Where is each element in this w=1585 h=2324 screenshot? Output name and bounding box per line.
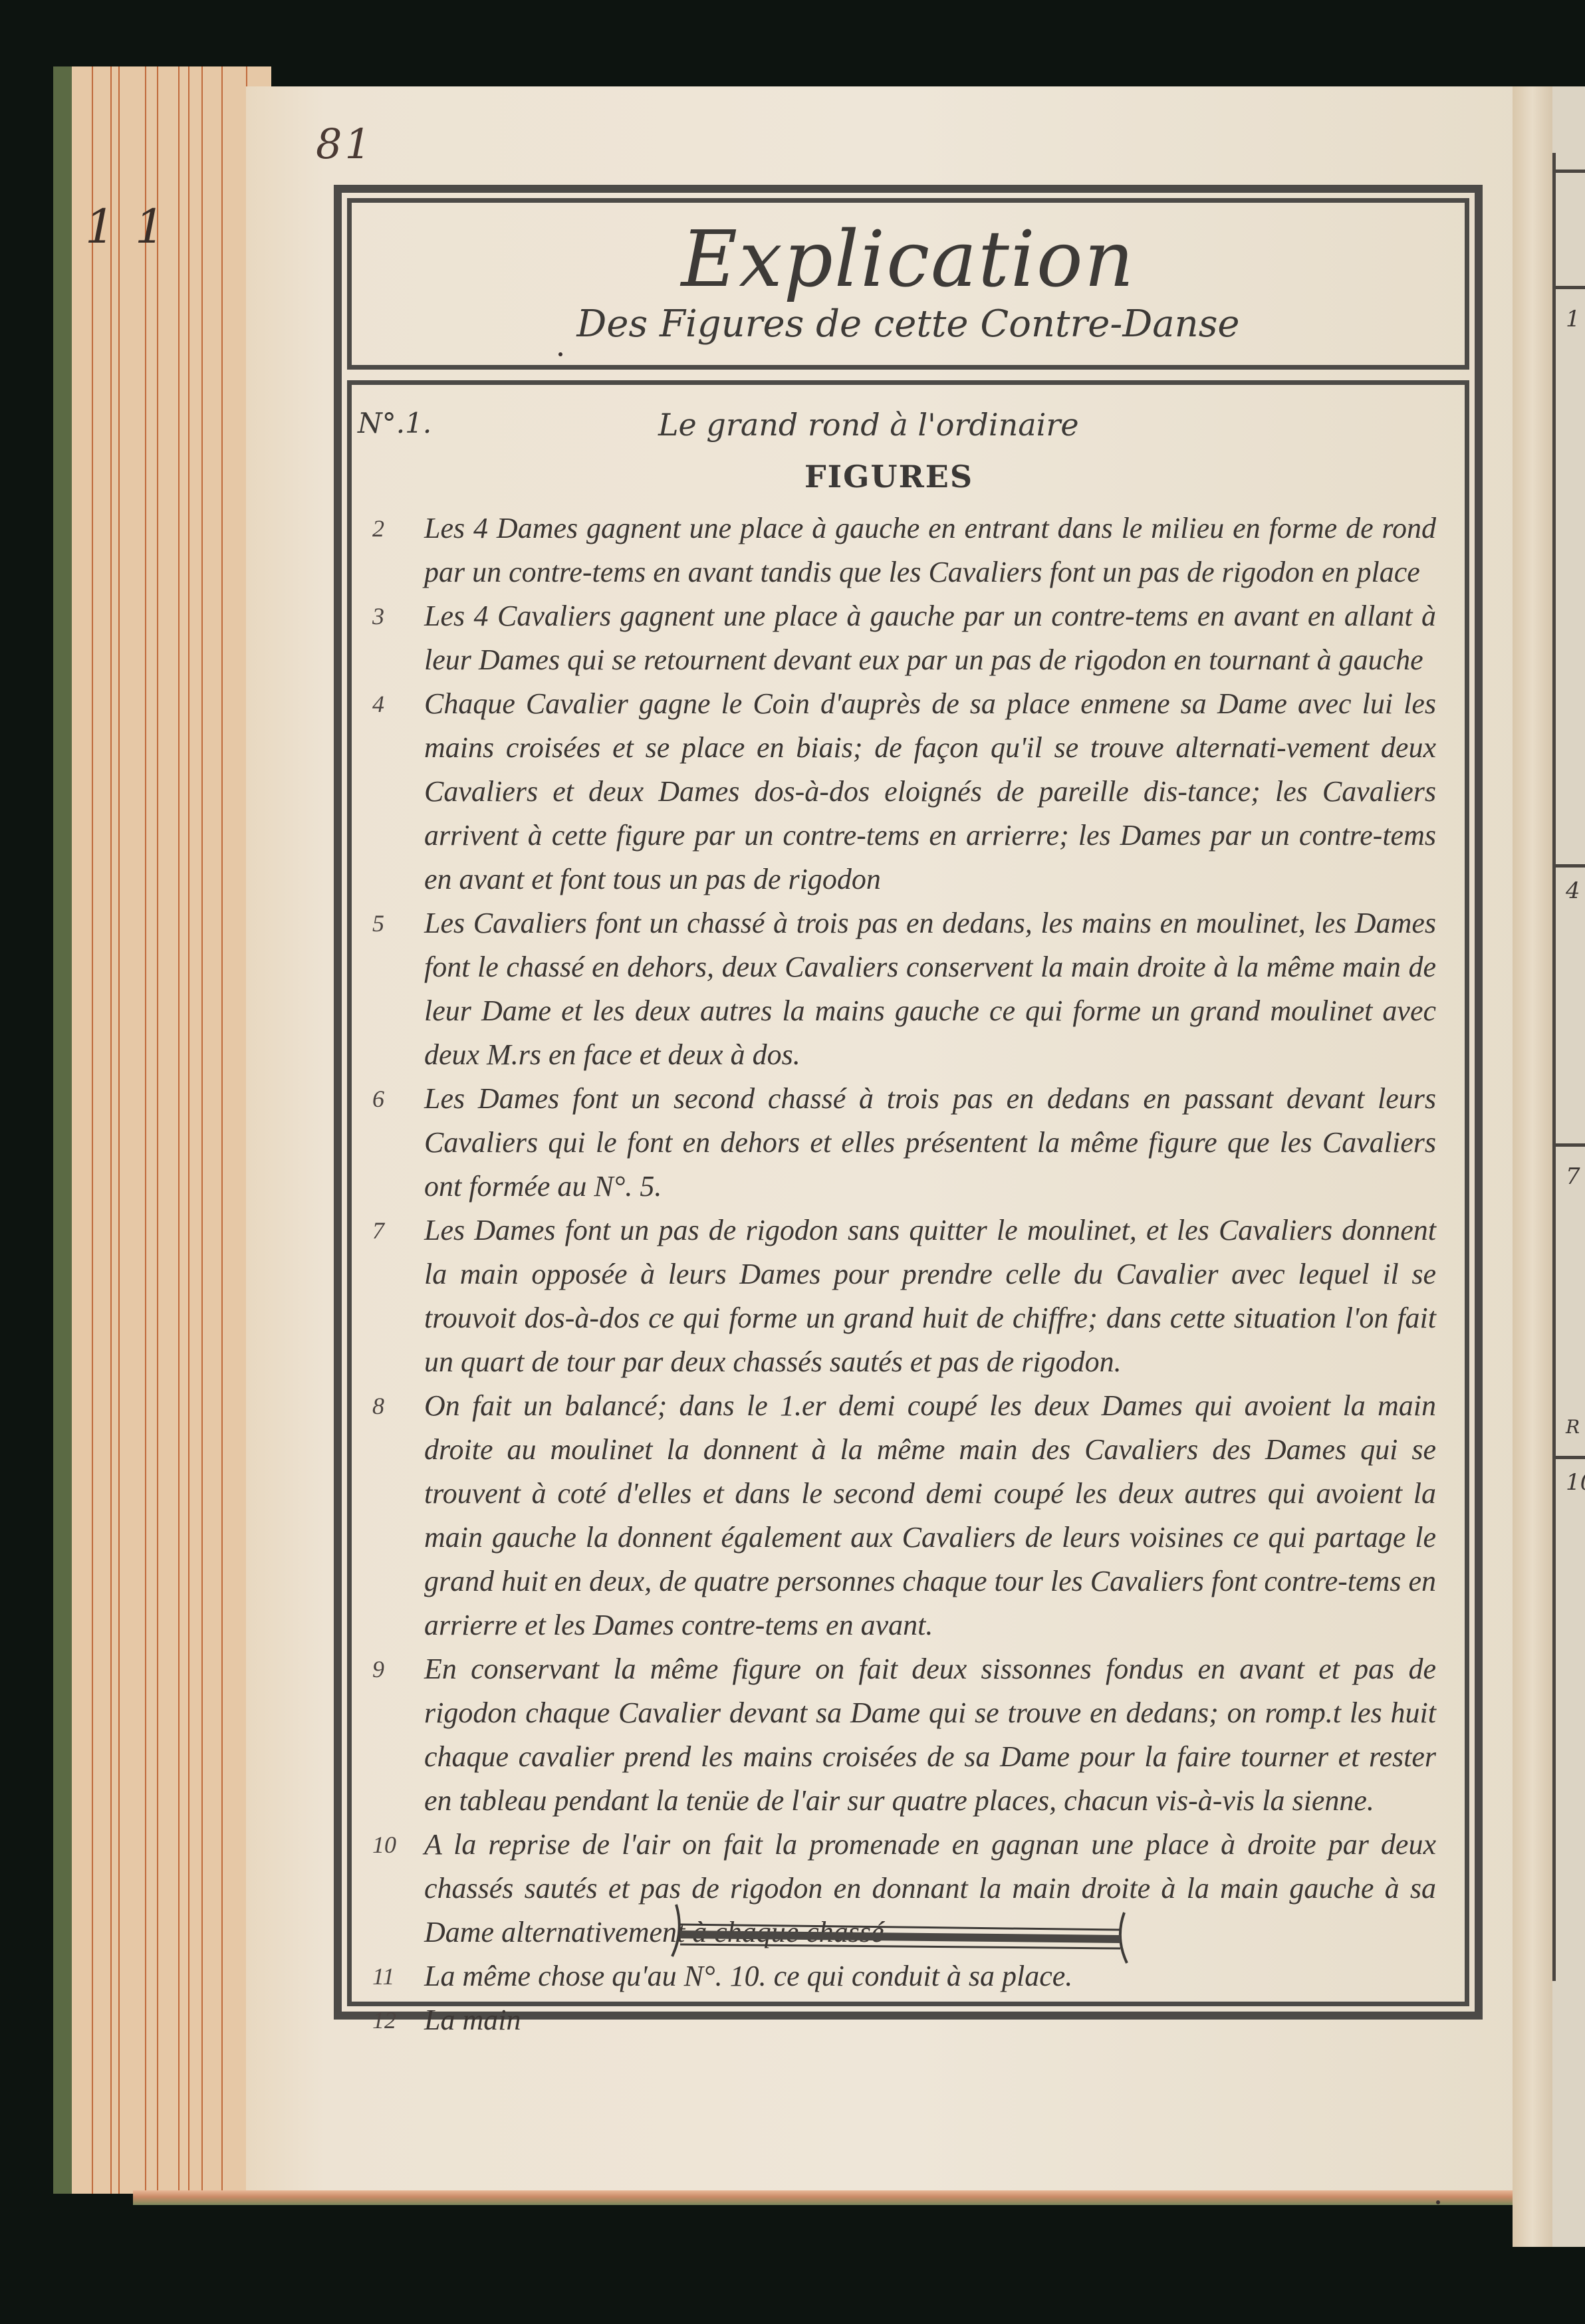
page-edge-line	[118, 66, 120, 2194]
figure-text: Les Cavaliers font un chassé à trois pas…	[424, 901, 1436, 1077]
facing-page-divider	[1555, 286, 1585, 289]
figure-text: Les Dames font un pas de rigodon sans qu…	[424, 1209, 1436, 1384]
page-edge-line	[178, 66, 180, 2194]
figure-item: 7 Les Dames font un pas de rigodon sans …	[372, 1209, 1436, 1384]
book-page-edges: 1 1	[53, 66, 271, 2194]
figures-list: 2 Les 4 Dames gagnent une place à gauche…	[372, 507, 1436, 2042]
page-number: 81	[316, 120, 374, 168]
facing-page-number: 10	[1566, 1469, 1585, 1496]
paper-speck	[1436, 2200, 1440, 2204]
figure-item: 8 On fait un balancé; dans le 1.er demi …	[372, 1384, 1436, 1647]
page-edge-line	[221, 66, 223, 2194]
figure-number: 9	[372, 1647, 412, 1691]
tailpiece-ornament-icon	[668, 1898, 1134, 1964]
figure-number: 6	[372, 1077, 412, 1121]
title-box: Explication Des Figures de cette Contre-…	[347, 198, 1469, 370]
facing-page-number: R	[1566, 1416, 1580, 1438]
figure-text: Les 4 Cavaliers gagnent une place à gauc…	[424, 594, 1436, 682]
figure-item: 3 Les 4 Cavaliers gagnent une place à ga…	[372, 594, 1436, 682]
figure-text: Les 4 Dames gagnent une place à gauche e…	[424, 507, 1436, 594]
figure-number: 8	[372, 1384, 412, 1428]
paper-speck	[558, 352, 562, 356]
figure-text: La main	[424, 1998, 1436, 2042]
page-edge-line	[188, 66, 189, 2194]
page-subtitle: Des Figures de cette Contre-Danse	[352, 302, 1465, 346]
figure-text: On fait un balancé; dans le 1.er demi co…	[424, 1384, 1436, 1647]
leaf-letter: 1	[135, 199, 165, 254]
figures-heading: FIGURES	[804, 459, 973, 495]
figure-number: 12	[372, 1998, 412, 2042]
figure-item: 6 Les Dames font un second chassé à troi…	[372, 1077, 1436, 1209]
page-edge-line	[145, 66, 146, 2194]
page-edge-line	[92, 66, 93, 2194]
leaf-letter: 1	[85, 199, 115, 254]
facing-page-divider	[1555, 170, 1585, 173]
facing-page-number: 7	[1566, 1163, 1580, 1190]
figure-number: 3	[372, 594, 412, 638]
page-edge-line	[110, 66, 112, 2194]
facing-page-number: 4	[1566, 877, 1580, 904]
facing-page-divider	[1555, 864, 1585, 868]
page-title: Explication	[352, 215, 1465, 304]
figure-item: 5 Les Cavaliers font un chassé à trois p…	[372, 901, 1436, 1077]
entry-number-label: N°.1.	[358, 407, 431, 439]
figure-number: 11	[372, 1954, 412, 1998]
page-bottom-edge	[133, 2190, 1562, 2205]
figure-number: 7	[372, 1209, 412, 1252]
figure-item: 12 La main	[372, 1998, 1436, 2042]
figure-item: 2 Les 4 Dames gagnent une place à gauche…	[372, 507, 1436, 594]
facing-page-divider	[1555, 1456, 1585, 1459]
page-edge-line	[201, 66, 203, 2194]
figure-number: 4	[372, 682, 412, 726]
book-gutter	[1513, 86, 1552, 2247]
facing-page-frame	[1552, 153, 1585, 1981]
figure-item: 9 En conservant la même figure on fait d…	[372, 1647, 1436, 1823]
facing-page-number: 1	[1566, 306, 1580, 332]
figure-number: 10	[372, 1823, 412, 1867]
figure-text: En conservant la même figure on fait deu…	[424, 1647, 1436, 1823]
page-edge-line	[157, 66, 158, 2194]
figure-number: 2	[372, 507, 412, 550]
facing-page: 1 4 7 R 10	[1513, 86, 1585, 2247]
figure-text: Les Dames font un second chassé à trois …	[424, 1077, 1436, 1209]
figure-number: 5	[372, 901, 412, 945]
figure-item: 4 Chaque Cavalier gagne le Coin d'auprès…	[372, 682, 1436, 901]
facing-page-divider	[1555, 1143, 1585, 1147]
first-entry-heading: Le grand rond à l'ordinaire	[658, 407, 1079, 443]
figure-text: Chaque Cavalier gagne le Coin d'auprès d…	[424, 682, 1436, 901]
